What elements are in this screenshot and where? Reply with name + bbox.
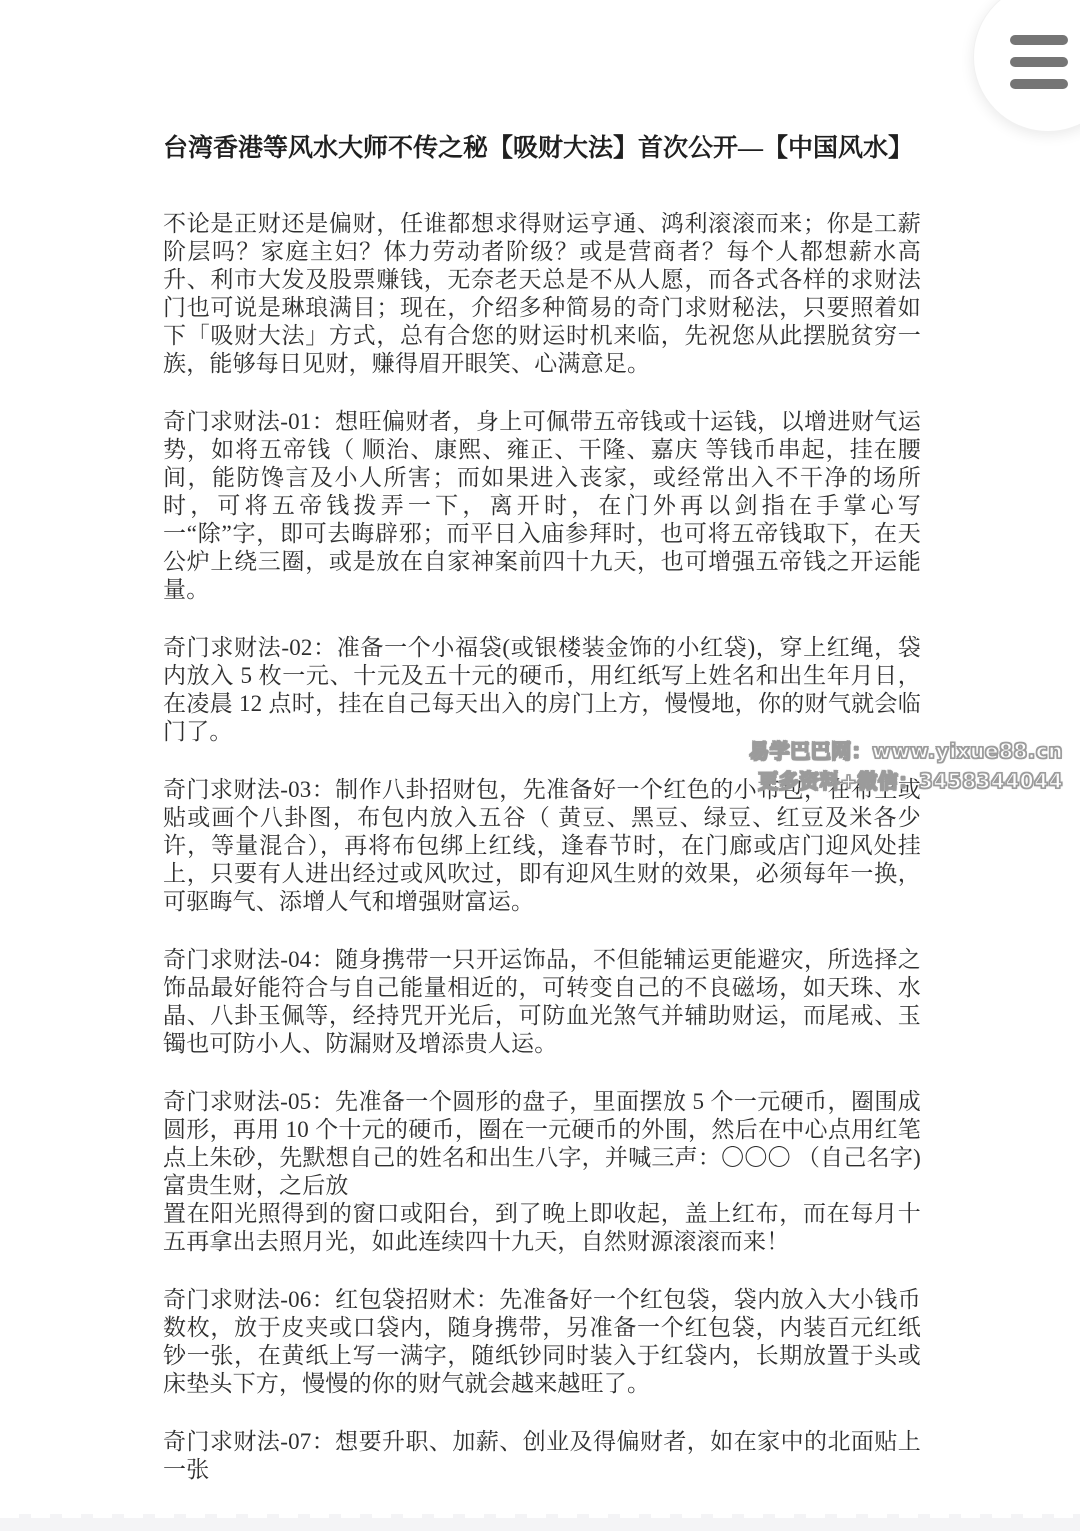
method-06-paragraph: 奇门求财法-06：红包袋招财术：先准备好一个红包袋，袋内放入大小钱币数枚，放于皮…	[163, 1286, 921, 1398]
method-01-paragraph: 奇门求财法-01：想旺偏财者，身上可佩带五帝钱或十运钱，以增进财气运势，如将五帝…	[163, 408, 921, 604]
method-05-paragraph: 奇门求财法-05：先准备一个圆形的盘子，里面摆放 5 个一元硬币，圈围成圆形，再…	[163, 1088, 921, 1256]
method-02-paragraph: 奇门求财法-02：准备一个小福袋(或银楼装金饰的小红袋)，穿上红绳，袋内放入 5…	[163, 634, 921, 746]
hamburger-icon	[1010, 35, 1068, 89]
method-07-paragraph: 奇门求财法-07：想要升职、加薪、创业及得偏财者，如在家中的北面贴上一张	[163, 1428, 921, 1484]
menu-button[interactable]	[973, 0, 1080, 132]
torn-page-edge	[0, 1514, 1080, 1531]
document-page: 台湾香港等风水大师不传之秘【吸财大法】首次公开—【中国风水】 不论是正财还是偏财…	[163, 133, 921, 1484]
page-title-text: 台湾香港等风水大师不传之秘【吸财大法】首次公开—【中国风水】	[163, 135, 913, 162]
watermark-line-site: 易学巴巴网：www.yixue88.cn	[749, 736, 1063, 766]
intro-paragraph: 不论是正财还是偏财，任谁都想求得财运亨通、鸿利滚滚而来；你是工薪阶层吗？家庭主妇…	[163, 210, 921, 378]
method-03-paragraph: 奇门求财法-03：制作八卦招财包，先准备好一个红色的小布包，在布上或贴或画个八卦…	[163, 776, 921, 916]
watermark-line-wechat: 更多资料+微信：3458344044	[749, 766, 1063, 796]
method-04-paragraph: 奇门求财法-04：随身携带一只开运饰品，不但能辅运更能避灾，所选择之饰品最好能符…	[163, 946, 921, 1058]
site-watermark: 易学巴巴网：www.yixue88.cn 更多资料+微信：3458344044	[749, 736, 1063, 796]
page-title: 台湾香港等风水大师不传之秘【吸财大法】首次公开—【中国风水】	[163, 133, 921, 165]
